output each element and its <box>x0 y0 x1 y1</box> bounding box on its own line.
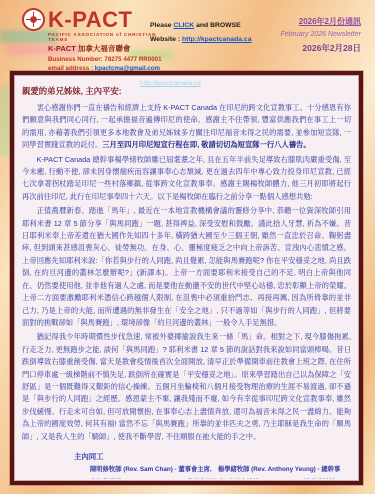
letter-paragraph-2: K-PACT Canada 總幹事楊學緒牧師雖已屆耄耋之年, 且在五年半前失足導… <box>22 154 351 204</box>
letter-body: http://kpactcanada.ca 親愛的弟兄姊妹, 主內平安: 衷心感… <box>22 79 351 479</box>
browse-pre-text: Please <box>150 22 173 29</box>
business-number-value: 78275 4477 RR0001 <box>104 56 161 63</box>
paragraph-1-prayer-request: 三月至四月印尼短宣行程在即, 敬請切切為短宣隊一行八人禱告。 <box>102 140 310 149</box>
issue-title-english: February 2026 Newsletter <box>280 28 361 41</box>
website-block: Please CLICK and BROWSE Website : http:/… <box>150 22 260 50</box>
browse-post-text: and BROWSE <box>194 22 240 29</box>
letter-paragraph-4: 猶記得我少年時期慣性步伐急速, 常被外婆揶揄說我生來一條「馬」命。相對之下, 現… <box>22 331 351 443</box>
business-number-label: Business Number: <box>48 56 103 63</box>
letterhead: K-PACT PACIFIC ASSOCIATION of CHRISTIAN … <box>0 0 375 70</box>
kpact-globe-logo-icon <box>22 8 45 31</box>
scan-artifact <box>0 86 10 156</box>
website-link[interactable]: http://kpactcanada.ca <box>182 36 252 43</box>
issue-date: 2026年2月28日 <box>280 41 361 55</box>
signature-line-2: 余加勳傳道 (Pastor Andrew Yu) - 董事會副主席, 李美容姊妹… <box>90 477 351 479</box>
closing-label: 主內同工 <box>74 451 351 462</box>
ghost-url-link[interactable]: http://kpactcanada.ca <box>140 80 201 87</box>
browse-instruction: Please CLICK and BROWSE <box>150 22 260 29</box>
signature-line-1: 陳明修牧師 (Rev. Sam Chan) - 董事會主席, 楊學緒牧師 (Re… <box>90 464 351 476</box>
letter-frame: http://kpactcanada.ca 親愛的弟兄姊妹, 主內平安: 衷心感… <box>10 71 363 485</box>
letter-paragraph-3: 正值農曆新春、踏進「馬年」, 最近在一本地宣教機構會議的靈修分享中, 恭聽一位資… <box>22 205 351 329</box>
issue-dates-block: 2026年2月份通訊 February 2026 Newsletter 2026… <box>280 15 361 55</box>
click-link[interactable]: CLICK <box>173 22 194 29</box>
issue-title-chinese: 2026年2月份通訊 <box>280 15 361 28</box>
website-line: Website : http://kpactcanada.ca <box>150 36 260 43</box>
website-label: Website : <box>150 36 182 43</box>
org-name: K-PACT <box>48 10 132 30</box>
letter-paragraph-1: 衷心感謝你們一直在禱告和經濟上支持 K-PACT Canada 在印尼的跨文化宣… <box>22 102 351 152</box>
business-number-line: Business Number: 78275 4477 RR0001 <box>48 56 172 63</box>
